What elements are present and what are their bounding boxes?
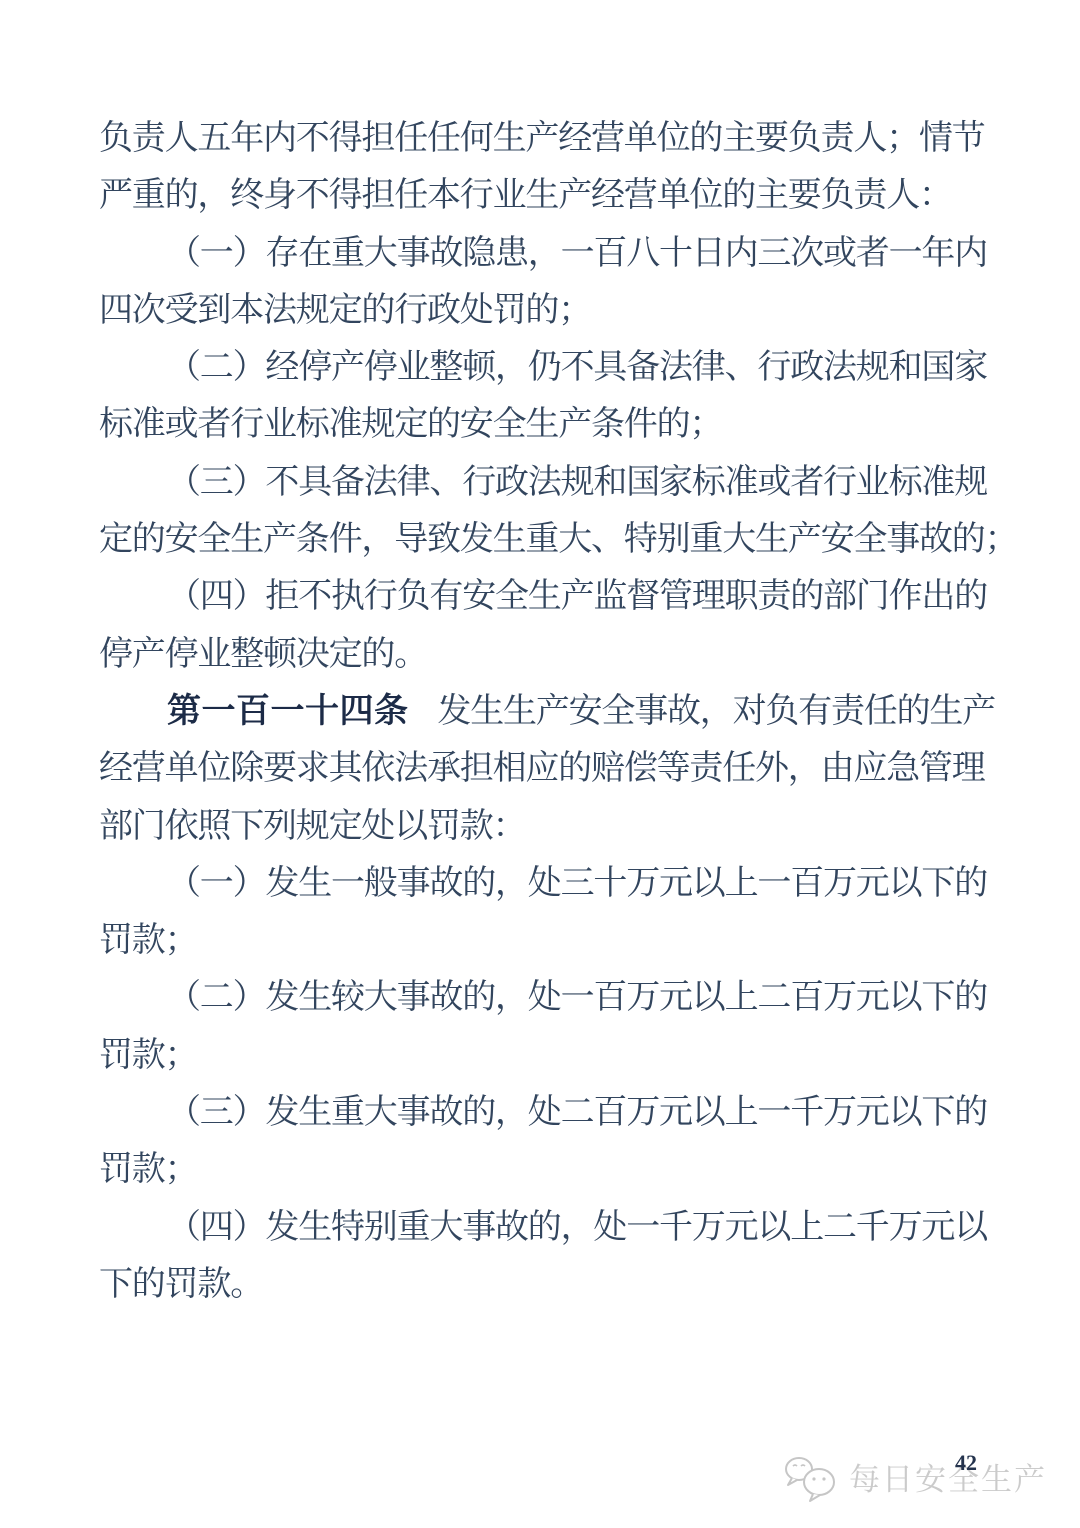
watermark: 每日安全生产 xyxy=(783,1450,1047,1508)
text-line: 定的安全生产条件，导致发生重大、特别重大生产安全事故的； xyxy=(99,511,994,568)
line-text: 严重的，终身不得担任本行业生产经营单位的主要负责人： xyxy=(99,177,952,214)
text-line: （四）拒不执行负有安全生产监督管理职责的部门作出的 xyxy=(99,568,994,625)
line-text: 发生生产安全事故，对负有责任的生产 xyxy=(437,693,995,730)
line-text: （三）不具备法律、行政法规和国家标准或者行业标准规 xyxy=(167,464,987,501)
page-number: 42 xyxy=(955,1450,977,1476)
line-text: （四）拒不执行负有安全生产监督管理职责的部门作出的 xyxy=(167,578,987,615)
line-text: 四次受到本法规定的行政处罚的； xyxy=(99,292,591,329)
article-number: 第一百一十四条 xyxy=(167,692,409,730)
line-text: 定的安全生产条件，导致发生重大、特别重大生产安全事故的； xyxy=(99,521,1017,558)
text-line: （三）不具备法律、行政法规和国家标准或者行业标准规 xyxy=(99,454,994,511)
text-line: （二）发生较大事故的，处一百万元以上二百万元以下的 xyxy=(99,969,994,1026)
text-line: （一）存在重大事故隐患，一百八十日内三次或者一年内 xyxy=(99,225,994,282)
text-line: 部门依照下列规定处以罚款： xyxy=(99,798,994,855)
line-text: （二）发生较大事故的，处一百万元以上二百万元以下的 xyxy=(167,979,987,1016)
line-text: 负责人五年内不得担任任何生产经营单位的主要负责人；情节 xyxy=(99,120,985,157)
line-text: 罚款； xyxy=(99,1037,197,1074)
line-text: （一）发生一般事故的，处三十万元以上一百万元以下的 xyxy=(167,865,987,902)
document-page: 负责人五年内不得担任任何生产经营单位的主要负责人；情节严重的，终身不得担任本行业… xyxy=(0,0,1080,1528)
line-text: （二）经停产停业整顿，仍不具备法律、行政法规和国家 xyxy=(167,349,987,386)
text-line: （四）发生特别重大事故的，处一千万元以上二千万元以 xyxy=(99,1199,994,1256)
text-line: （三）发生重大事故的，处二百万元以上一千万元以下的 xyxy=(99,1084,994,1141)
line-text: 停产停业整顿决定的。 xyxy=(99,636,427,673)
text-line: 停产停业整顿决定的。 xyxy=(99,626,994,683)
text-line: （二）经停产停业整顿，仍不具备法律、行政法规和国家 xyxy=(99,339,994,396)
line-text: 标准或者行业标准规定的安全生产条件的； xyxy=(99,406,722,443)
line-text: （一）存在重大事故隐患，一百八十日内三次或者一年内 xyxy=(167,235,987,272)
text-line: 经营单位除要求其依法承担相应的赔偿等责任外，由应急管理 xyxy=(99,740,994,797)
line-text: （四）发生特别重大事故的，处一千万元以上二千万元以 xyxy=(167,1209,987,1246)
line-text: 罚款； xyxy=(99,922,197,959)
watermark-text: 每日安全生产 xyxy=(849,1464,1047,1495)
text-line: 罚款； xyxy=(99,1027,994,1084)
text-line: 罚款； xyxy=(99,1141,994,1198)
document-lines: 负责人五年内不得担任任何生产经营单位的主要负责人；情节严重的，终身不得担任本行业… xyxy=(99,110,994,1313)
text-line: 第一百一十四条发生生产安全事故，对负有责任的生产 xyxy=(99,683,994,740)
text-line: 四次受到本法规定的行政处罚的； xyxy=(99,282,994,339)
line-text: 下的罚款。 xyxy=(99,1266,263,1303)
line-text: 部门依照下列规定处以罚款： xyxy=(99,808,525,845)
wechat-icon xyxy=(783,1454,841,1504)
text-line: 严重的，终身不得担任本行业生产经营单位的主要负责人： xyxy=(99,167,994,224)
line-text: 经营单位除要求其依法承担相应的赔偿等责任外，由应急管理 xyxy=(99,750,985,787)
text-line: （一）发生一般事故的，处三十万元以上一百万元以下的 xyxy=(99,855,994,912)
text-line: 下的罚款。 xyxy=(99,1256,994,1313)
text-line: 标准或者行业标准规定的安全生产条件的； xyxy=(99,396,994,453)
text-line: 罚款； xyxy=(99,912,994,969)
line-text: 罚款； xyxy=(99,1151,197,1188)
line-text: （三）发生重大事故的，处二百万元以上一千万元以下的 xyxy=(167,1094,987,1131)
text-line: 负责人五年内不得担任任何生产经营单位的主要负责人；情节 xyxy=(99,110,994,167)
